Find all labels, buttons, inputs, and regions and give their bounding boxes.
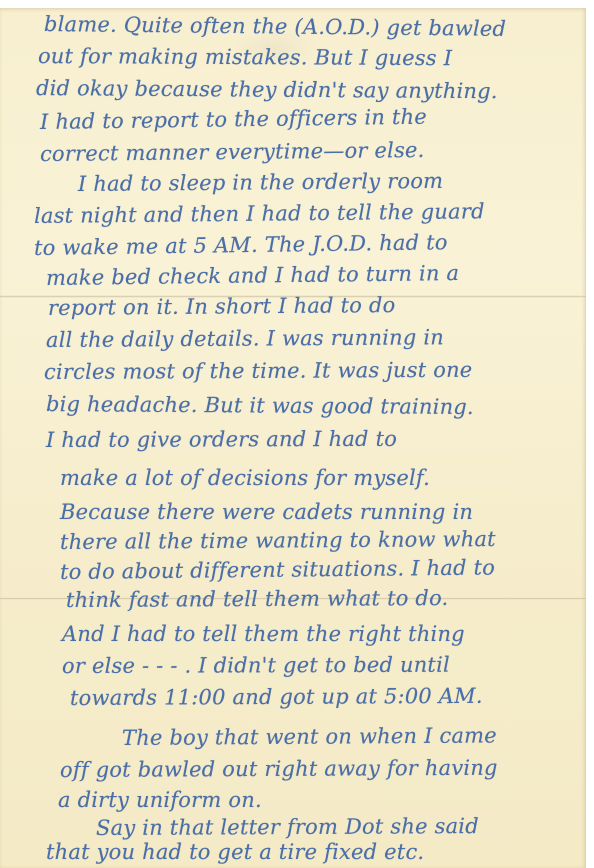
text-line: circles most of the time. It was just on…	[44, 358, 473, 384]
text-line: to do about different situations. I had …	[60, 555, 495, 584]
text-line: a dirty uniform on.	[58, 788, 262, 812]
text-line: Because there were cadets running in	[60, 500, 473, 524]
text-line: I had to sleep in the orderly room	[78, 169, 443, 196]
text-line: report on it. In short I had to do	[48, 293, 396, 320]
text-line: make bed check and I had to turn in a	[46, 261, 459, 290]
text-line: And I had to tell them the right thing	[62, 622, 465, 646]
text-line: correct manner everytime—or else.	[40, 138, 425, 166]
text-line: did okay because they didn't say anythin…	[36, 76, 498, 103]
text-line: think fast and tell them what to do.	[66, 586, 449, 612]
text-line: or else - - - . I didn't get to bed unti…	[62, 653, 450, 678]
text-line: last night and then I had to tell the gu…	[34, 199, 485, 228]
text-line: blame. Quite often the (A.O.D.) get bawl…	[44, 12, 506, 41]
text-line: big headache. But it was good training.	[46, 392, 474, 419]
text-line: out for making mistakes. But I guess I	[38, 44, 452, 70]
text-line: off got bawled out right away for having	[60, 756, 498, 782]
text-line: make a lot of decisions for myself.	[60, 466, 430, 490]
text-line: there all the time wanting to know what	[60, 527, 496, 554]
text-line: all the daily details. I was running in	[46, 325, 444, 352]
text-line: Say in that letter from Dot she said	[96, 814, 479, 840]
text-line: I had to give orders and I had to	[46, 427, 397, 452]
text-line: The boy that went on when I came	[122, 723, 497, 750]
text-line: that you had to get a tire fixed etc.	[46, 840, 424, 864]
text-line: towards 11:00 and got up at 5:00 AM.	[70, 684, 483, 710]
